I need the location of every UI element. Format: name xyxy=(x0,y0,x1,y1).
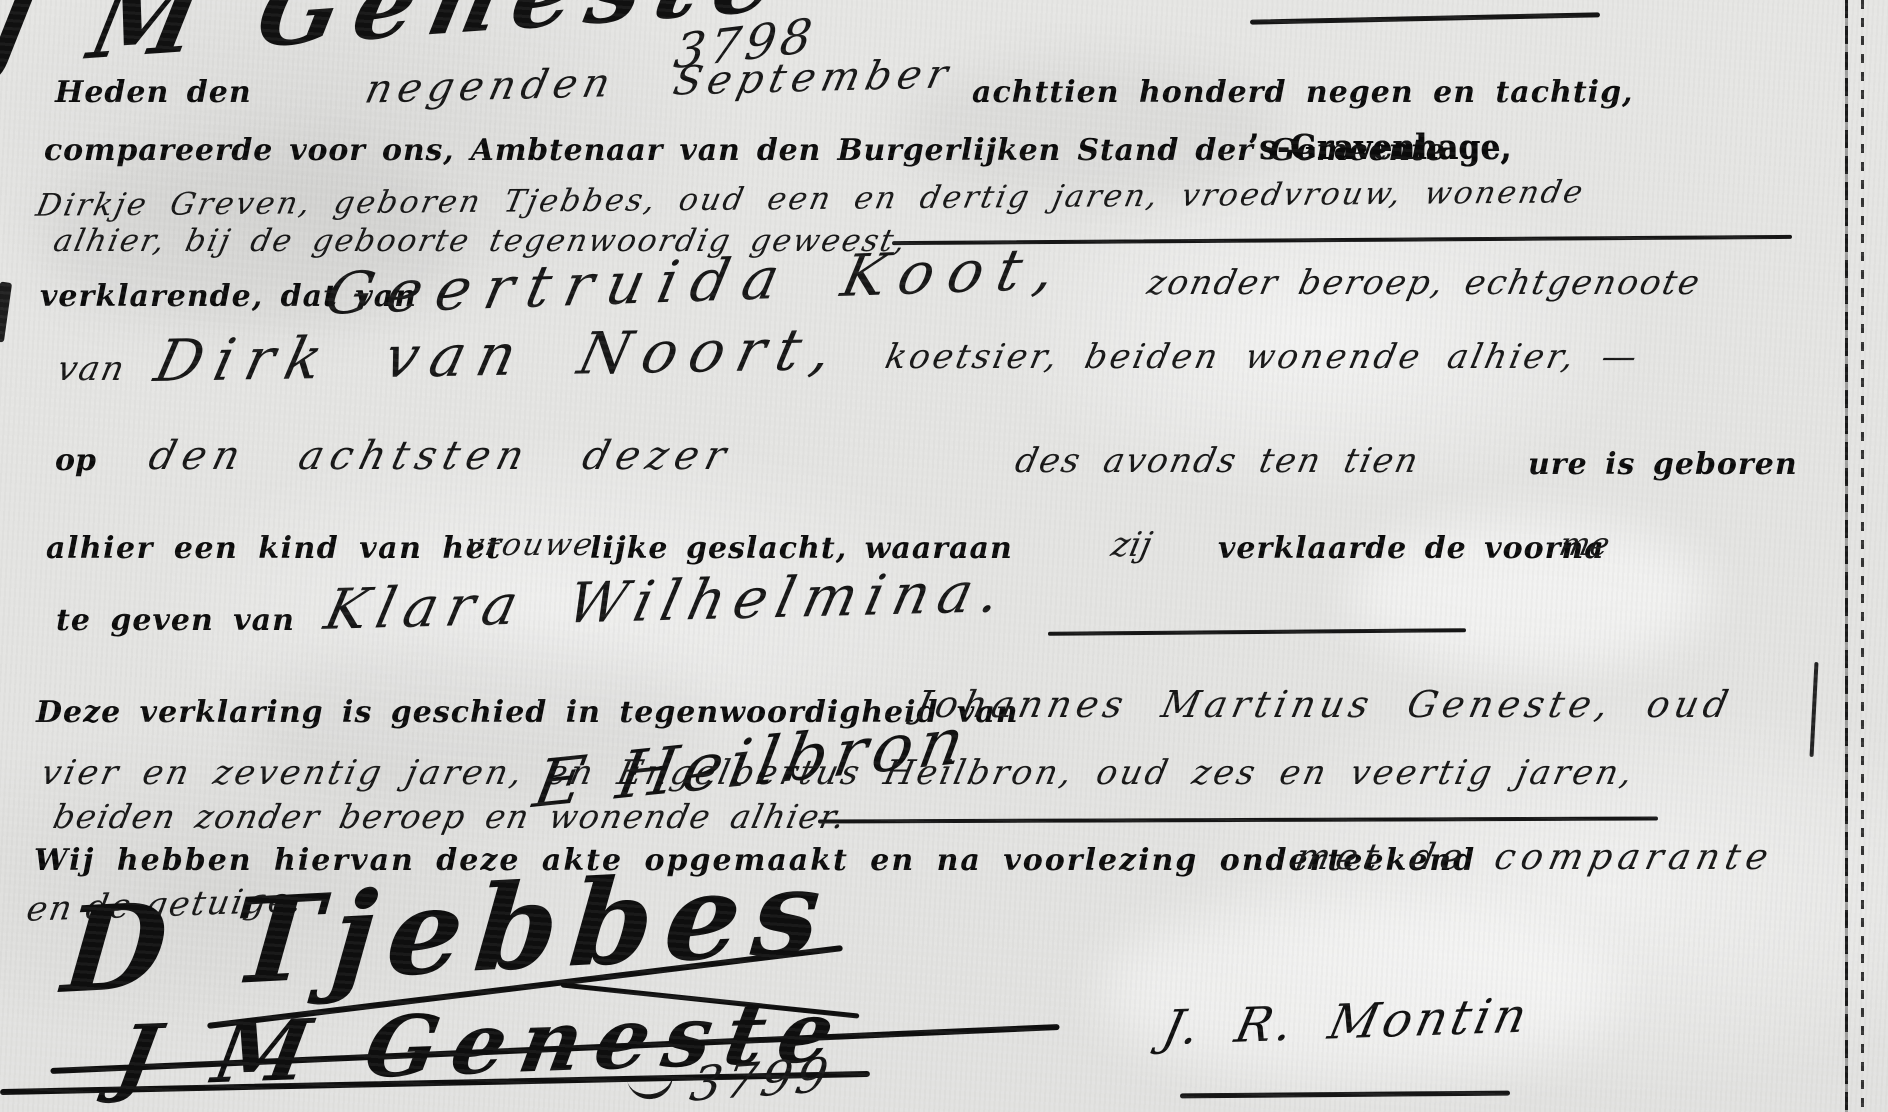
voorname-suffix: me xyxy=(1557,528,1613,560)
signature-registrar: J. R. Montin xyxy=(1158,992,1534,1053)
form-text-alhier-kind: alhier een kind van het xyxy=(46,534,502,564)
father-name: Dirk van Noort, xyxy=(150,320,850,390)
next-act-filler-line xyxy=(1180,1091,1510,1099)
filler-line xyxy=(1048,628,1466,636)
birth-day: den achtsten dezer xyxy=(145,436,737,476)
child-sex: vrouwe xyxy=(463,530,597,561)
form-text-compareerde: compareerde voor ons, Ambtenaar van den … xyxy=(44,136,1446,166)
birth-time: des avonds ten tien xyxy=(1012,444,1422,478)
father-details: koetsier, beiden wonende alhier, — xyxy=(882,340,1642,374)
form-text-te-geven: te geven van xyxy=(56,606,295,636)
filler-line xyxy=(818,817,1658,824)
city-name-gravenhage: ’s-Gravenhage, xyxy=(1248,130,1512,165)
handwritten-date: negenden September xyxy=(362,54,958,109)
next-act-number: 3799 xyxy=(687,1051,836,1109)
comparante-text: met de comparante xyxy=(1292,840,1777,876)
witness-residence-line: beiden zonder beroep en wonende alhier. xyxy=(50,800,849,833)
form-text-heden-den: Heden den xyxy=(55,78,252,108)
birth-certificate-scan: J M Geneste 3798 Heden den negenden Sept… xyxy=(0,0,1888,1112)
form-text-voorna: verklaarde de voorna xyxy=(1218,534,1605,564)
previous-act-filler-line xyxy=(1250,12,1600,24)
pronoun-zij: zij xyxy=(1108,528,1155,562)
margin-line-inner xyxy=(1845,0,1848,1112)
margin-line-outer xyxy=(1861,0,1864,1112)
stray-pen-stroke xyxy=(1810,662,1819,757)
child-name: Klara Wilhelmina. xyxy=(320,565,1015,639)
form-text-op: op xyxy=(55,446,96,476)
father-van: van xyxy=(54,352,129,386)
declarant-line: Dirkje Greven, geboren Tjebbes, oud een … xyxy=(33,177,1587,221)
mother-details: zonder beroep, echtgenoote xyxy=(1144,266,1704,300)
left-edge-mark xyxy=(0,281,12,342)
form-text-ure: ure is geboren xyxy=(1528,450,1798,480)
form-text-year: achttien honderd negen en tachtig, xyxy=(972,78,1634,108)
witness1-name: Johannes Martinus Geneste, oud xyxy=(912,686,1736,723)
form-text-geslacht: lijke geslacht, waaraan xyxy=(590,534,1013,564)
next-act-flourish xyxy=(626,1064,677,1103)
